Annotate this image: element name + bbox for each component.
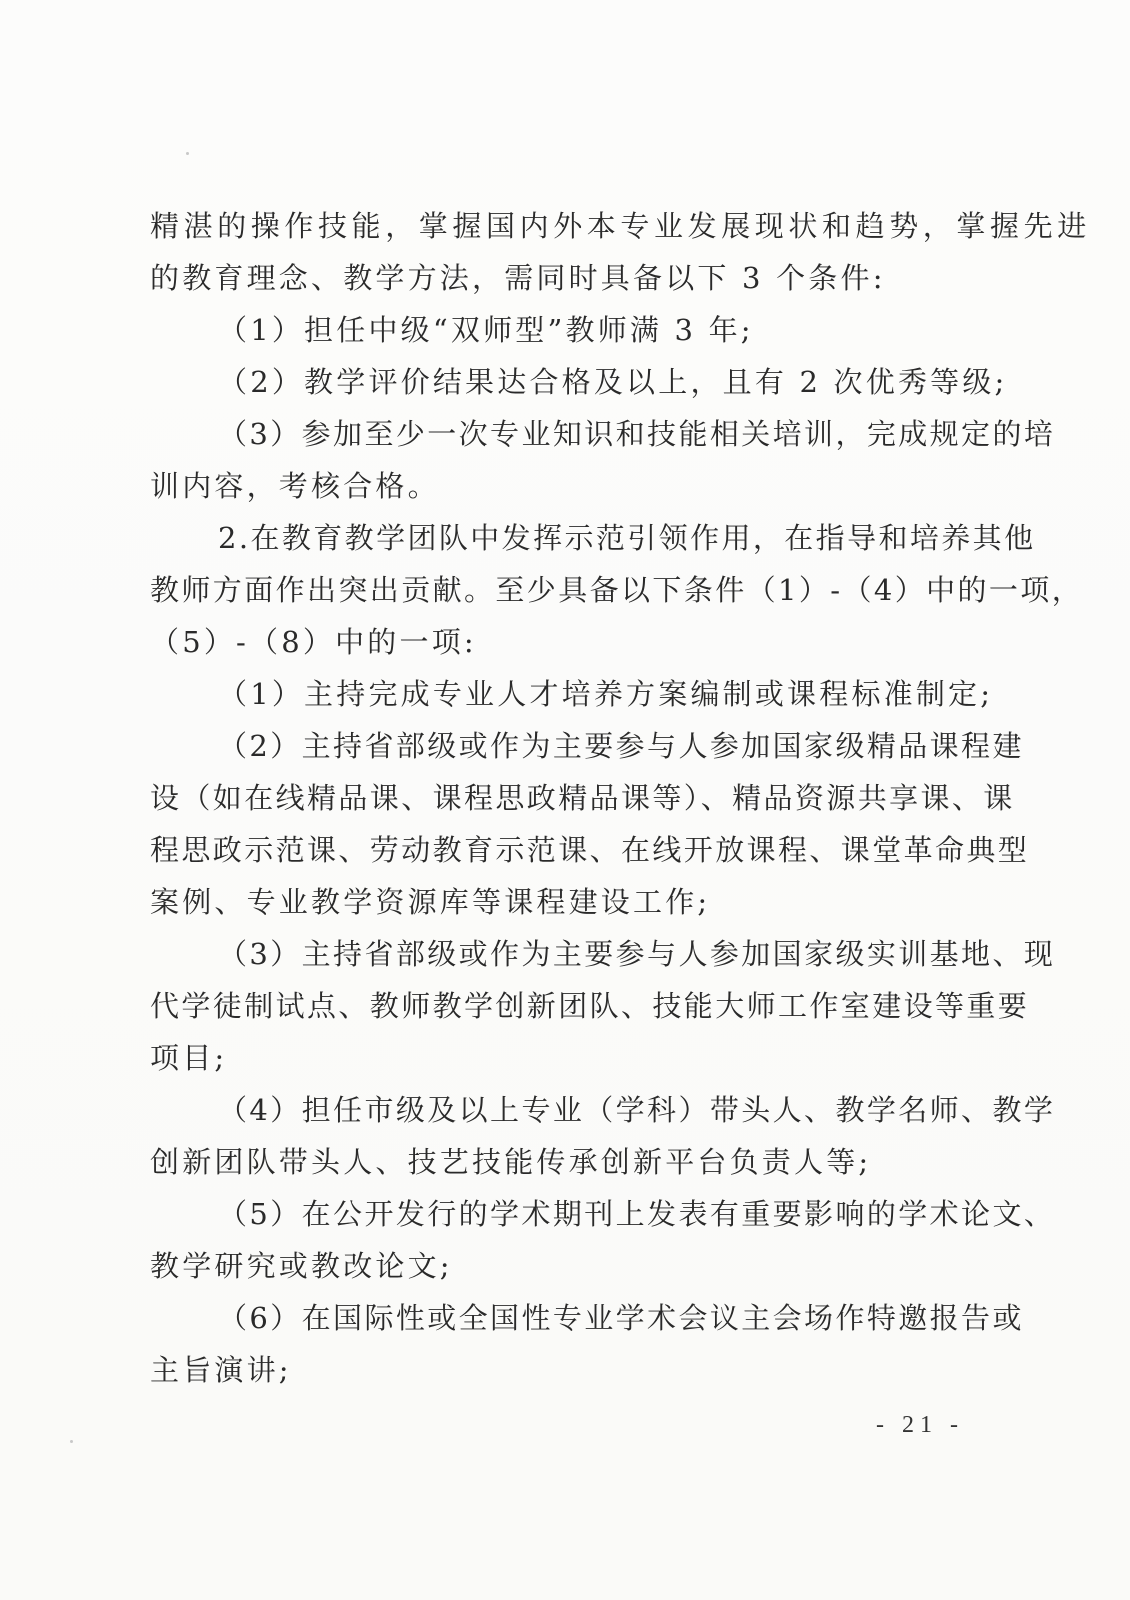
list-item-text: （5）在公开发行的学术期刊上发表有重要影响的学术论文、 [218, 1196, 1055, 1232]
list-item-text: （2）主持省部级或作为主要参与人参加国家级精品课程建 [218, 728, 1024, 764]
body-text-line: 训内容，考核合格。 [150, 468, 440, 504]
list-item-text: （3）主持省部级或作为主要参与人参加国家级实训基地、现 [218, 936, 1055, 972]
document-page: 精湛的操作技能，掌握国内外本专业发展现状和趋势，掌握先进 的教育理念、教学方法，… [0, 0, 1130, 1600]
body-text-line: 程思政示范课、劳动教育示范课、在线开放课程、课堂革命典型 [150, 832, 1029, 868]
scan-speck [186, 152, 189, 155]
page-number: - 21 - [876, 1412, 964, 1439]
list-item-text: （1）担任中级“双师型”教师满 3 年; [218, 312, 754, 348]
body-text-line: 创新团队带头人、技艺技能传承创新平台负责人等; [150, 1144, 871, 1180]
body-text-line: 案例、专业教学资源库等课程建设工作; [150, 884, 710, 920]
body-text-line: 教师方面作出突出贡献。至少具备以下条件（1）-（4）中的一项， [150, 572, 1083, 608]
section-heading-text: 2.在教育教学团队中发挥示范引领作用，在指导和培养其他 [218, 520, 1035, 556]
list-item-text: （4）担任市级及以上专业（学科）带头人、教学名师、教学 [218, 1092, 1055, 1128]
body-text-line: 设（如在线精品课、课程思政精品课等）、精品资源共享课、课 [150, 780, 1015, 816]
body-text-line: 教学研究或教改论文; [150, 1248, 453, 1284]
body-text-line: 的教育理念、教学方法，需同时具备以下 3 个条件: [150, 260, 886, 296]
body-text-line: （5）-（8）中的一项: [150, 624, 477, 660]
scan-speck [70, 1440, 73, 1443]
list-item-text: （2）教学评价结果达合格及以上，且有 2 次优秀等级; [218, 364, 1008, 400]
body-text-line: 代学徒制试点、教师教学创新团队、技能大师工作室建设等重要 [150, 988, 1029, 1024]
list-item-text: （3）参加至少一次专业知识和技能相关培训，完成规定的培 [218, 416, 1055, 452]
body-text-line: 主旨演讲; [150, 1352, 292, 1388]
list-item-text: （6）在国际性或全国性专业学术会议主会场作特邀报告或 [218, 1300, 1024, 1336]
list-item-text: （1）主持完成专业人才培养方案编制或课程标准制定; [218, 676, 993, 712]
body-text-line: 项目; [150, 1040, 227, 1076]
body-text-line: 精湛的操作技能，掌握国内外本专业发展现状和趋势，掌握先进 [150, 208, 1091, 244]
